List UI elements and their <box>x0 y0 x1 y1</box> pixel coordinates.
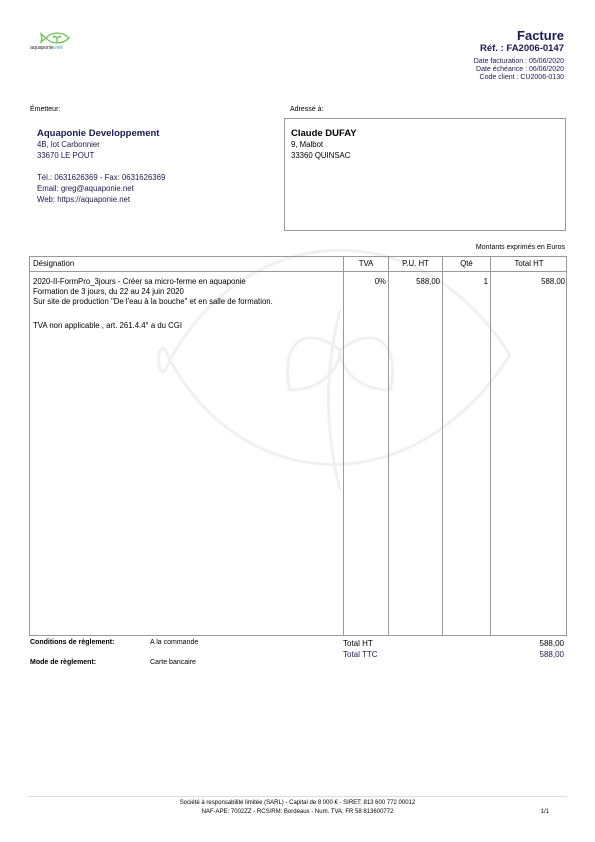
payment-mode-label: Mode de règlement: <box>30 659 96 666</box>
sender-address-line1: 4B, lot Carbonnier <box>37 140 100 149</box>
sender-label: Émetteur: <box>30 106 60 113</box>
item-description-line: 2020-II-FormPro_3jours - Créer sa micro-… <box>33 277 246 286</box>
item-unit-price: 588,00 <box>389 277 440 286</box>
fish-logo-icon <box>34 30 86 46</box>
column-header-unit-price: P.U. HT <box>389 259 442 268</box>
column-header-total-ht: Total HT <box>491 259 567 268</box>
footer-registration-info: NAF-APE: 7002ZZ - RCS/RM: Bordeaux - Num… <box>0 809 595 815</box>
footer-company-info: Société à responsabilité limitée (SARL) … <box>0 800 595 806</box>
total-ht-label: Total HT <box>343 639 373 648</box>
sender-name: Aquaponie Developpement <box>37 128 159 139</box>
sender-website: Web: https://aquaponie.net <box>37 195 130 204</box>
client-code: Code client : CU2006-0130 <box>480 74 564 81</box>
total-ttc-value: 588,00 <box>540 650 564 659</box>
recipient-name: Claude DUFAY <box>291 128 357 139</box>
column-divider <box>343 257 344 635</box>
logo-text: aquaponie.net <box>30 45 62 51</box>
sender-phone-fax: Tél.: 0631626369 - Fax: 0631626369 <box>37 173 165 182</box>
document-title: Facture <box>517 28 564 43</box>
payment-conditions-value: A la commande <box>150 639 198 646</box>
total-ttc-label: Total TTC <box>343 650 378 659</box>
column-divider <box>442 257 443 635</box>
recipient-address-line1: 9, Malbot <box>291 140 323 149</box>
column-header-tva: TVA <box>344 259 388 268</box>
invoice-reference: Réf. : FA2006-0147 <box>480 43 564 54</box>
item-description-line: Sur site de production "De l'eau à la bo… <box>33 297 273 306</box>
invoice-date: Date facturation : 05/06/2020 <box>474 58 564 65</box>
currency-note: Montants exprimés en Euros <box>476 244 565 251</box>
recipient-label: Adressé à: <box>290 106 323 113</box>
page-number: 1/1 <box>541 809 549 815</box>
item-description-line: Formation de 3 jours, du 22 au 24 juin 2… <box>33 287 184 296</box>
payment-conditions-label: Conditions de règlement: <box>30 639 114 646</box>
sender-address-line2: 33670 LE POUT <box>37 151 94 160</box>
column-header-qty: Qté <box>443 259 490 268</box>
item-tva: 0% <box>344 277 386 286</box>
item-description-line: TVA non applicable , art. 261.4.4° a du … <box>33 321 182 330</box>
column-divider <box>490 257 491 635</box>
total-ht-value: 588,00 <box>540 639 564 648</box>
invoice-items-table: Désignation TVA P.U. HT Qté Total HT 202… <box>29 256 567 636</box>
column-header-designation: Désignation <box>33 259 74 268</box>
item-total: 588,00 <box>491 277 565 286</box>
footer-divider <box>29 796 567 797</box>
item-qty: 1 <box>443 277 488 286</box>
column-divider <box>388 257 389 635</box>
due-date: Date échéance : 06/06/2020 <box>476 66 564 73</box>
recipient-address-line2: 33360 QUINSAC <box>291 151 350 160</box>
sender-email: Email: greg@aquaponie.net <box>37 184 134 193</box>
payment-mode-value: Carte bancaire <box>150 659 196 666</box>
company-logo: aquaponie.net <box>30 30 82 58</box>
